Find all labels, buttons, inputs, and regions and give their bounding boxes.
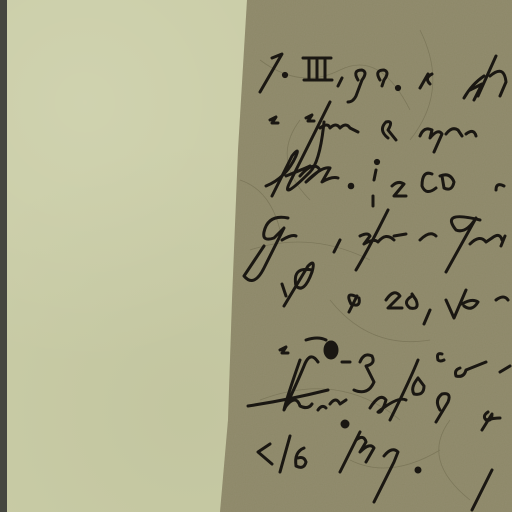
manuscript-svg [0, 0, 512, 512]
manuscript-fragment: 7. III, 99. + Sh 2 2 Jeu & apai Alk. ; 2… [0, 0, 512, 512]
